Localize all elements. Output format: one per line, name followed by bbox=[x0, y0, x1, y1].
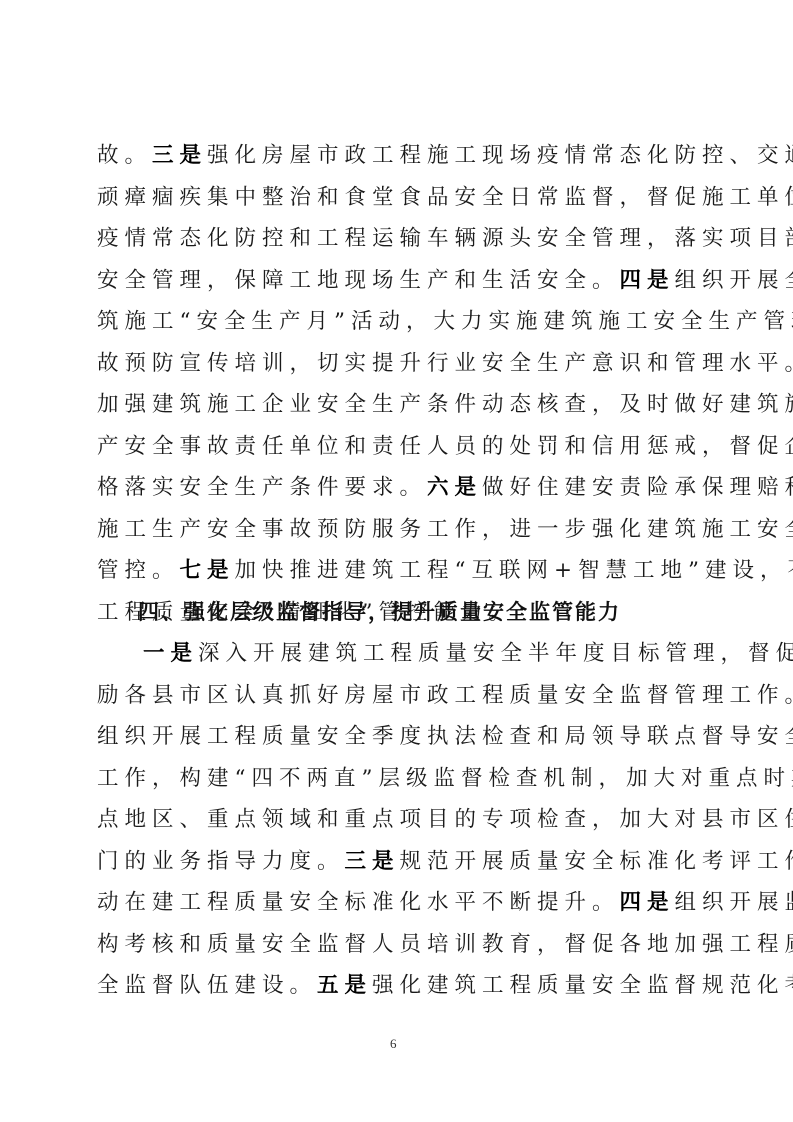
bold-lead: 一是 bbox=[143, 641, 198, 666]
text-line: 安全管理，保障工地现场生产和生活安全。四是组织开展全市建 bbox=[97, 267, 697, 295]
text-span: 全监督队伍建设。 bbox=[97, 973, 317, 998]
bold-lead: 四是 bbox=[620, 268, 675, 293]
text-line: 管控。七是加快推进建筑工程“互联网+智慧工地”建设，不断提升 bbox=[97, 557, 697, 585]
bold-lead: 三是 bbox=[345, 849, 400, 874]
document-page: 故。三是强化房屋市政工程施工现场疫情常态化防控、交通问题顽瘴痼疾集中整治和食堂食… bbox=[0, 0, 793, 1122]
text-line: 动在建工程质量安全标准化水平不断提升。四是组织开展监督机 bbox=[97, 889, 697, 917]
text-line: 组织开展工程质量安全季度执法检查和局领导联点督导安全生产 bbox=[97, 723, 697, 751]
text-line: 全监督队伍建设。五是强化建筑工程质量安全监督规范化考核， bbox=[97, 972, 697, 1000]
text-line: 点地区、重点领域和重点项目的专项检查，加大对县市区住建部 bbox=[97, 806, 697, 834]
text-span: 点地区、重点领域和重点项目的专项检查，加大对县市区住建部 bbox=[97, 807, 793, 832]
text-line: 产安全事故责任单位和责任人员的处罚和信用惩戒，督促企业严 bbox=[97, 433, 697, 461]
bold-lead: 五是 bbox=[317, 973, 372, 998]
text-span: 组织开展工程质量安全季度执法检查和局领导联点督导安全生产 bbox=[97, 724, 793, 749]
text-line: 故预防宣传培训，切实提升行业安全生产意识和管理水平。五是 bbox=[97, 350, 697, 378]
text-span: 故预防宣传培训，切实提升行业安全生产意识和管理水平。 bbox=[97, 351, 793, 376]
text-span: 动在建工程质量安全标准化水平不断提升。 bbox=[97, 890, 620, 915]
text-line: 顽瘴痼疾集中整治和食堂食品安全日常监督，督促施工单位落实 bbox=[97, 184, 697, 212]
text-line: 一是深入开展建筑工程质量安全半年度目标管理，督促和激 bbox=[143, 640, 743, 668]
text-span: 组织开展监督机 bbox=[675, 890, 793, 915]
text-line: 疫情常态化防控和工程运输车辆源头安全管理，落实项目部食堂 bbox=[97, 225, 697, 253]
text-span: 顽瘴痼疾集中整治和食堂食品安全日常监督，督促施工单位落实 bbox=[97, 185, 793, 210]
text-line: 格落实安全生产条件要求。六是做好住建安责险承保理赔和建筑 bbox=[97, 474, 697, 502]
text-span: 加快推进建筑工程“互联网+智慧工地”建设，不断提升 bbox=[235, 558, 793, 583]
bold-lead: 七是 bbox=[180, 558, 235, 583]
text-line: 工作，构建“四不两直”层级监督检查机制，加大对重点时期、重 bbox=[97, 765, 697, 793]
text-line: 故。三是强化房屋市政工程施工现场疫情常态化防控、交通问题 bbox=[97, 142, 697, 170]
text-span: 产安全事故责任单位和责任人员的处罚和信用惩戒，督促企业严 bbox=[97, 434, 793, 459]
text-span: 加强建筑施工企业安全生产条件动态核查，及时做好建筑施工生 bbox=[97, 392, 793, 417]
text-span: 疫情常态化防控和工程运输车辆源头安全管理，落实项目部食堂 bbox=[97, 226, 793, 251]
section-heading: 四、强化层级监督指导，提升质量安全监管能力 bbox=[138, 598, 621, 626]
text-span: 筑施工“安全生产月”活动，大力实施建筑施工安全生产管理和事 bbox=[97, 309, 793, 334]
text-span: 安全管理，保障工地现场生产和生活安全。 bbox=[97, 268, 620, 293]
text-line: 励各县市区认真抓好房屋市政工程质量安全监督管理工作。二是 bbox=[97, 682, 697, 710]
text-span: 构考核和质量安全监督人员培训教育，督促各地加强工程质量安 bbox=[97, 932, 793, 957]
text-span: 门的业务指导力度。 bbox=[97, 849, 345, 874]
text-span: 强化建筑工程质量安全监督规范化考核， bbox=[372, 973, 793, 998]
text-line: 门的业务指导力度。三是规范开展质量安全标准化考评工作，推 bbox=[97, 848, 697, 876]
text-span: 深入开展建筑工程质量安全半年度目标管理，督促和激 bbox=[198, 641, 793, 666]
text-span: 工作，构建“四不两直”层级监督检查机制，加大对重点时期、重 bbox=[97, 766, 793, 791]
text-span: 做好住建安责险承保理赔和建筑 bbox=[482, 475, 793, 500]
page-number: 6 bbox=[390, 1036, 397, 1052]
text-span: 施工生产安全事故预防服务工作，进一步强化建筑施工安全风险 bbox=[97, 517, 793, 542]
text-span: 管控。 bbox=[97, 558, 180, 583]
bold-lead: 三是 bbox=[152, 143, 207, 168]
text-line: 施工生产安全事故预防服务工作，进一步强化建筑施工安全风险 bbox=[97, 516, 697, 544]
text-span: 规范开展质量安全标准化考评工作，推 bbox=[400, 849, 793, 874]
text-line: 加强建筑施工企业安全生产条件动态核查，及时做好建筑施工生 bbox=[97, 391, 697, 419]
text-line: 筑施工“安全生产月”活动，大力实施建筑施工安全生产管理和事 bbox=[97, 308, 697, 336]
bold-lead: 四是 bbox=[620, 890, 675, 915]
text-span: 格落实安全生产条件要求。 bbox=[97, 475, 427, 500]
text-span: 励各县市区认真抓好房屋市政工程质量安全监督管理工作。 bbox=[97, 683, 793, 708]
text-span: 组织开展全市建 bbox=[675, 268, 793, 293]
text-span: 故。 bbox=[97, 143, 152, 168]
text-span: 强化房屋市政工程施工现场疫情常态化防控、交通问题 bbox=[207, 143, 793, 168]
bold-lead: 六是 bbox=[427, 475, 482, 500]
text-line: 构考核和质量安全监督人员培训教育，督促各地加强工程质量安 bbox=[97, 931, 697, 959]
